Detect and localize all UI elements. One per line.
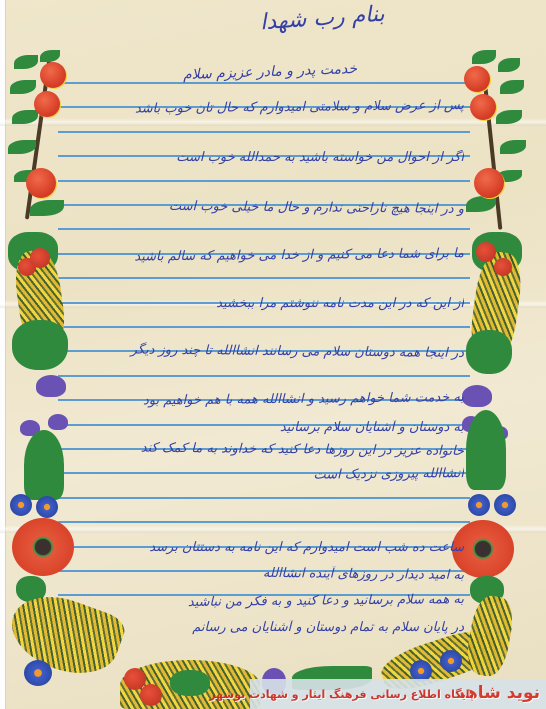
purple-flower-icon	[48, 414, 68, 430]
strawberry-icon	[140, 684, 162, 706]
ruled-line	[58, 131, 470, 133]
blue-flower-icon	[440, 650, 462, 672]
purple-flower-icon	[462, 385, 492, 407]
ruled-line	[58, 326, 470, 328]
letter-line: ساعت ده شب است امیدوارم که این نامه به د…	[94, 540, 464, 555]
blue-flower-icon	[36, 496, 58, 518]
apple-icon	[34, 91, 60, 117]
ruled-line	[58, 277, 470, 279]
watermark-text: پایگاه اطلاع رسانی فرهنگ ایثار و شهادت ب…	[209, 688, 474, 701]
blue-flower-icon	[468, 494, 490, 516]
ruled-line	[58, 521, 470, 523]
letter-page: بنام رب شهدا خدمت پدر و مادر عزیزم سلام …	[0, 0, 546, 709]
ruled-line	[58, 228, 470, 230]
strawberry-icon	[476, 242, 496, 262]
blue-flower-icon	[24, 660, 52, 686]
strawberry-icon	[494, 258, 512, 276]
poppy-icon	[12, 518, 74, 576]
strawberry-icon	[30, 248, 50, 268]
apple-icon	[26, 168, 56, 198]
letter-line: از این که در این مدت نامه ننوشتم مرا ببخ…	[94, 296, 464, 311]
ruled-line	[58, 180, 470, 182]
ruled-line	[58, 375, 470, 377]
letter-line: اگر از احوال من خواسته باشید به حمدالله …	[94, 150, 464, 165]
letter-line: به دوستان و آشنایان سلام برسانید	[94, 420, 464, 435]
apple-icon	[474, 168, 504, 198]
letter-line: در پایان سلام به تمام دوستان و آشنایان م…	[94, 620, 464, 635]
blue-flower-icon	[10, 494, 32, 516]
scan-edge	[0, 0, 6, 709]
watermark-banner: نوید شاهد پایگاه اطلاع رسانی فرهنگ ایثار…	[250, 679, 546, 709]
blue-flower-icon	[494, 494, 516, 516]
apple-icon	[40, 62, 66, 88]
ruled-line	[58, 497, 470, 499]
apple-icon	[464, 66, 490, 92]
apple-icon	[470, 94, 496, 120]
purple-flower-icon	[36, 375, 66, 397]
